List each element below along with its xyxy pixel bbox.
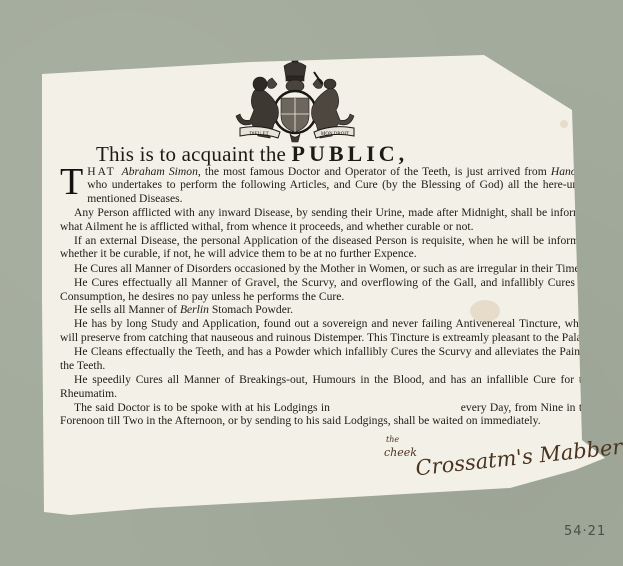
intro-lead: HAT xyxy=(87,165,121,178)
paragraph-lodgings: The said Doctor is to be spoke with at h… xyxy=(60,401,593,428)
paragraph-inward-disease: Any Person afflicted with any inward Dis… xyxy=(60,206,593,233)
handbill-body: THAT Abraham Simon, the most famous Doct… xyxy=(60,165,593,428)
powder-text-b: Stomach Powder. xyxy=(209,303,293,316)
paragraph-gravel-scurvy: He Cures effectually all Manner of Grave… xyxy=(60,276,593,303)
paragraph-stomach-powder: He sells all Manner of Berlin Stomach Po… xyxy=(60,303,593,316)
handwritten-cheek: cheek xyxy=(384,446,417,459)
powder-origin: Berlin xyxy=(180,303,209,316)
intro-text-a: the most famous Doctor and Operator of t… xyxy=(201,165,551,178)
paragraph-tincture: He has by long Study and Application, fo… xyxy=(60,317,593,344)
lodgings-text-a: The said Doctor is to be spoke with at h… xyxy=(74,401,330,414)
mount-reference-number: 54·21 xyxy=(564,524,606,539)
paragraph-disorders-women: He Cures all Manner of Disorders occasio… xyxy=(60,262,593,275)
handwritten-gap xyxy=(330,401,458,414)
headline-prefix: This is to acquaint the xyxy=(96,142,292,166)
headline-public: PUBLIC, xyxy=(292,141,409,166)
doctor-name: Abraham Simon, xyxy=(122,165,201,178)
motto-left: DIEU ET xyxy=(249,132,268,137)
paragraph-breakings-out: He speedily Cures all Manner of Breaking… xyxy=(60,373,593,400)
royal-coat-of-arms-icon: DIEU ET MON DROIT xyxy=(232,56,362,144)
headline: This is to acquaint the PUBLIC, xyxy=(96,141,516,167)
paragraph-teeth-cleaning: He Cleans effectually the Teeth, and has… xyxy=(60,345,593,372)
drop-cap: T xyxy=(60,167,83,197)
powder-text-a: He sells all Manner of xyxy=(74,303,180,316)
handwritten-the: the xyxy=(386,435,399,444)
paper-stain xyxy=(560,120,568,128)
intro-text-b: who undertakes to perform the following … xyxy=(87,178,593,204)
handbill-paper: DIEU ET MON DROIT This is to acquaint th… xyxy=(0,0,623,566)
paragraph-external-disease: If an external Disease, the personal App… xyxy=(60,234,593,261)
motto-right: MON DROIT xyxy=(321,132,349,137)
intro-paragraph: THAT Abraham Simon, the most famous Doct… xyxy=(60,165,593,205)
